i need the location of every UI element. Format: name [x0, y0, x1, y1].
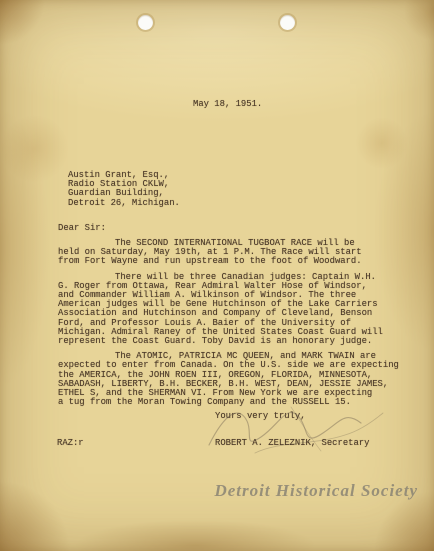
recipient-address: Austin Grant, Esq.,Radio Station CKLW,Gu…	[68, 171, 180, 208]
typist-reference: RAZ:r	[57, 439, 84, 448]
letter-body: The SECOND INTERNATIONAL TUGBOAT RACE wi…	[58, 239, 403, 413]
paragraph: There will be three Canadian judges: Cap…	[58, 273, 403, 347]
archive-watermark: Detroit Historical Society	[214, 481, 418, 501]
letter-date: May 18, 1951.	[193, 100, 262, 109]
closing-phrase: Yours very truly,	[215, 412, 306, 421]
paragraph: The ATOMIC, PATRICIA MC QUEEN, and MARK …	[58, 352, 403, 407]
salutation: Dear Sir:	[58, 224, 106, 233]
text-line: represent the Coast Guard. Toby David is…	[58, 337, 403, 346]
scanned-letter: May 18, 1951. Austin Grant, Esq.,Radio S…	[0, 0, 434, 551]
text-line: Detroit 26, Michigan.	[68, 199, 180, 208]
paragraph: The SECOND INTERNATIONAL TUGBOAT RACE wi…	[58, 239, 403, 267]
text-line: a tug from the Moran Towing Company and …	[58, 398, 403, 407]
punch-hole-right	[280, 15, 295, 30]
signer-name: ROBERT A. ZELEZNIK, Secretary	[215, 439, 369, 448]
punch-hole-left	[138, 15, 153, 30]
text-line: from Fort Wayne and run upstream to the …	[58, 257, 403, 266]
